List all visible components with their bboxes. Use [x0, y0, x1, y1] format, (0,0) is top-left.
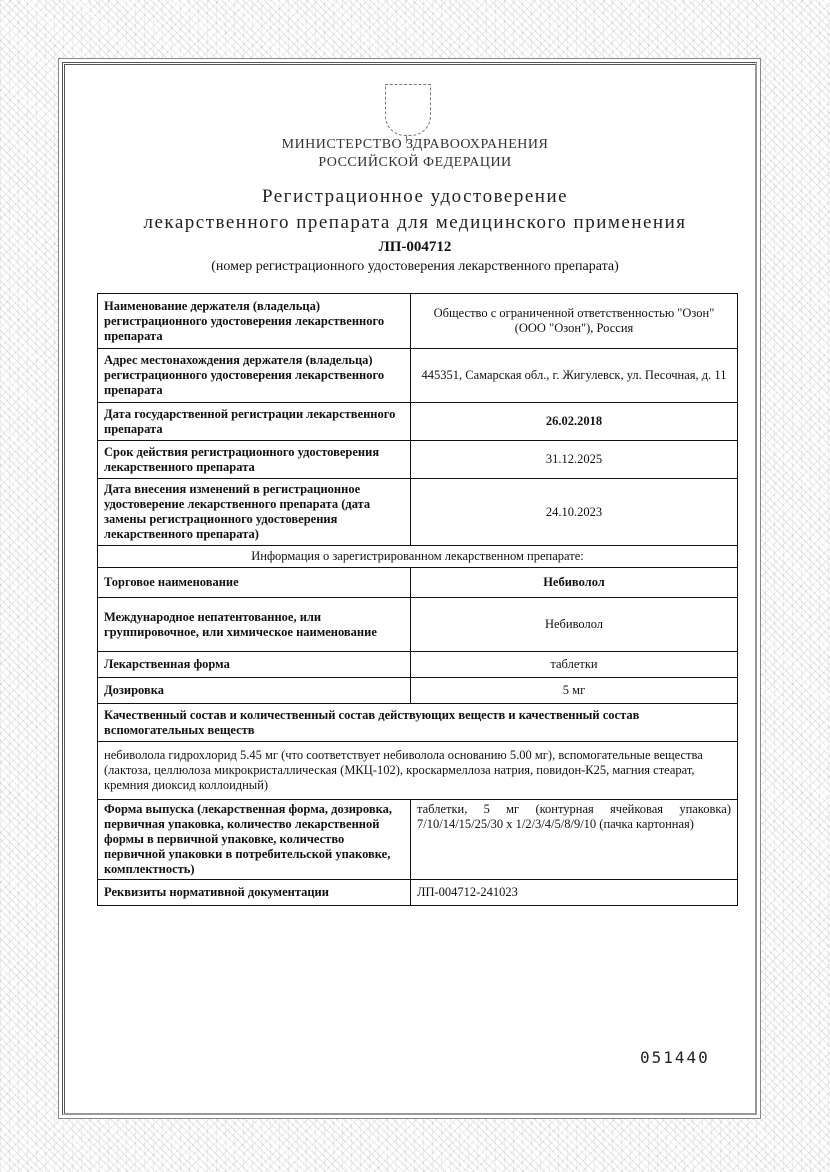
table-row: Торговое наименование Небиволол — [98, 568, 738, 598]
table-row: Форма выпуска (лекарственная форма, дози… — [98, 800, 738, 880]
amendment-date-value: 24.10.2023 — [411, 479, 738, 546]
dosage-form-label: Лекарственная форма — [98, 652, 411, 678]
holder-address-label: Адрес местонахождения держателя (владель… — [98, 349, 411, 403]
drug-info-heading: Информация о зарегистрированном лекарств… — [98, 546, 738, 568]
coat-of-arms-icon — [385, 84, 431, 136]
certificate-table: Наименование держателя (владельца) регис… — [97, 293, 738, 906]
registration-date-label: Дата государственной регистрации лекарст… — [98, 403, 411, 441]
inn-label: Международное непатентованное, или групп… — [98, 598, 411, 652]
registration-number: ЛП-004712 — [0, 239, 830, 256]
table-row: Наименование держателя (владельца) регис… — [98, 294, 738, 349]
table-row: Реквизиты нормативной документации ЛП-00… — [98, 880, 738, 906]
holder-name-value: Общество с ограниченной ответственностью… — [411, 294, 738, 349]
dosage-form-value: таблетки — [411, 652, 738, 678]
trade-name-value: Небиволол — [411, 568, 738, 598]
document-title-line2: лекарственного препарата для медицинског… — [0, 212, 830, 234]
document-title-line1: Регистрационное удостоверение — [0, 186, 830, 208]
dosage-label: Дозировка — [98, 678, 411, 704]
validity-value: 31.12.2025 — [411, 441, 738, 479]
validity-label: Срок действия регистрационного удостовер… — [98, 441, 411, 479]
table-row: Международное непатентованное, или групп… — [98, 598, 738, 652]
table-row: Лекарственная форма таблетки — [98, 652, 738, 678]
amendment-date-label: Дата внесения изменений в регистрационно… — [98, 479, 411, 546]
table-row: небиволола гидрохлорид 5.45 мг (что соот… — [98, 742, 738, 800]
registration-number-caption: (номер регистрационного удостоверения ле… — [0, 259, 830, 275]
registration-date-value: 26.02.2018 — [411, 403, 738, 441]
normative-docs-value: ЛП-004712-241023 — [411, 880, 738, 906]
table-row: Информация о зарегистрированном лекарств… — [98, 546, 738, 568]
holder-address-value: 445351, Самарская обл., г. Жигулевск, ул… — [411, 349, 738, 403]
table-row: Срок действия регистрационного удостовер… — [98, 441, 738, 479]
dosage-value: 5 мг — [411, 678, 738, 704]
inn-value: Небиволол — [411, 598, 738, 652]
holder-name-label: Наименование держателя (владельца) регис… — [98, 294, 411, 349]
release-form-label: Форма выпуска (лекарственная форма, дози… — [98, 800, 411, 880]
ministry-name-line1: МИНИСТЕРСТВО ЗДРАВООХРАНЕНИЯ — [0, 137, 830, 153]
ministry-name-line2: РОССИЙСКОЙ ФЕДЕРАЦИИ — [0, 155, 830, 171]
composition-heading: Качественный состав и количественный сос… — [98, 704, 738, 742]
normative-docs-label: Реквизиты нормативной документации — [98, 880, 411, 906]
table-row: Качественный состав и количественный сос… — [98, 704, 738, 742]
table-row: Дата государственной регистрации лекарст… — [98, 403, 738, 441]
table-row: Адрес местонахождения держателя (владель… — [98, 349, 738, 403]
serial-number: 051440 — [640, 1048, 710, 1067]
table-row: Дата внесения изменений в регистрационно… — [98, 479, 738, 546]
table-row: Дозировка 5 мг — [98, 678, 738, 704]
trade-name-label: Торговое наименование — [98, 568, 411, 598]
composition-text: небиволола гидрохлорид 5.45 мг (что соот… — [98, 742, 738, 800]
release-form-value: таблетки, 5 мг (контурная ячейковая упак… — [411, 800, 738, 880]
